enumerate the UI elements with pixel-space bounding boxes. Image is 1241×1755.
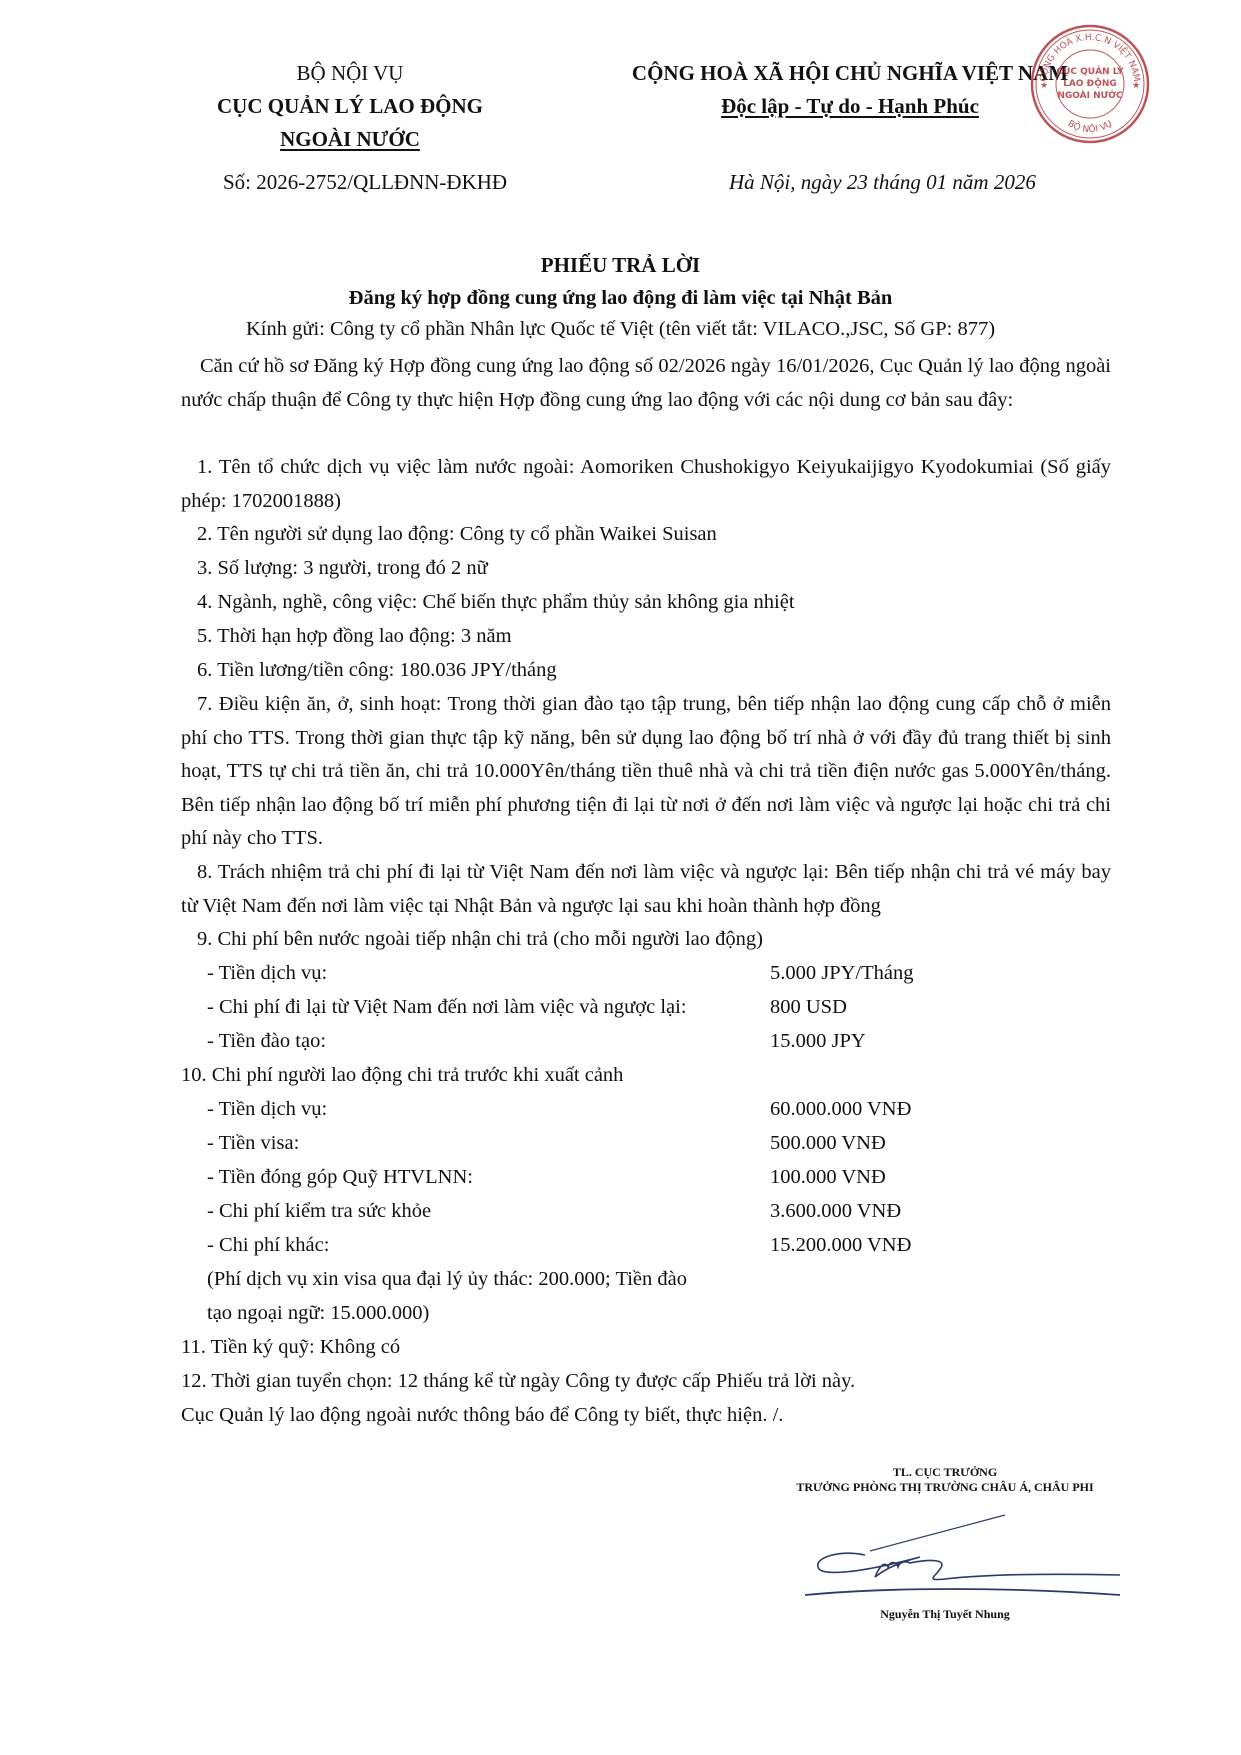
item-10-row-value: 500.000 VNĐ bbox=[770, 1127, 886, 1161]
item-10-row-label: - Chi phí khác: bbox=[207, 1229, 329, 1263]
recipient-line: Kính gửi: Công ty cổ phần Nhân lực Quốc … bbox=[0, 313, 1241, 347]
item-10-title: 10. Chi phí người lao động chi trả trước… bbox=[181, 1059, 623, 1093]
item-10-note-line1: (Phí dịch vụ xin visa qua đại lý ủy thác… bbox=[207, 1263, 687, 1297]
signer-name: Nguyễn Thị Tuyết Nhung bbox=[770, 1607, 1120, 1622]
item-9-row-label: - Tiền dịch vụ: bbox=[207, 957, 327, 991]
item-5-contract-term: 5. Thời hạn hợp đồng lao động: 3 năm bbox=[197, 620, 512, 654]
item-9-row-label: - Tiền đào tạo: bbox=[207, 1025, 326, 1059]
official-stamp: CỘNG HOÀ X.H.C.N VIỆT NAM BỘ NỘI VỤ CỤC … bbox=[1028, 22, 1152, 146]
item-10-note-line2: tạo ngoại ngữ: 15.000.000) bbox=[207, 1297, 429, 1331]
item-7-living-conditions: 7. Điều kiện ăn, ở, sinh hoạt: Trong thờ… bbox=[181, 688, 1111, 856]
country-name: CỘNG HOÀ XÃ HỘI CHỦ NGHĨA VIỆT NAM bbox=[600, 57, 1100, 90]
item-10-row-value: 60.000.000 VNĐ bbox=[770, 1093, 911, 1127]
item-9-row-label: - Chi phí đi lại từ Việt Nam đến nơi làm… bbox=[207, 991, 687, 1025]
document-title: PHIẾU TRẢ LỜI bbox=[0, 250, 1241, 280]
svg-text:LAO ĐỘNG: LAO ĐỘNG bbox=[1063, 78, 1117, 89]
item-10-row-label: - Tiền dịch vụ: bbox=[207, 1093, 327, 1127]
svg-text:★: ★ bbox=[1132, 80, 1140, 90]
department-name-line2: NGOÀI NƯỚC bbox=[190, 123, 510, 156]
item-10-row-label: - Tiền đóng góp Quỹ HTVLNN: bbox=[207, 1161, 473, 1195]
document-subtitle: Đăng ký hợp đồng cung ứng lao động đi là… bbox=[0, 283, 1241, 313]
svg-text:NGOÀI NƯỚC: NGOÀI NƯỚC bbox=[1057, 89, 1123, 101]
item-12-recruitment-period: 12. Thời gian tuyển chọn: 12 tháng kể từ… bbox=[181, 1365, 855, 1399]
svg-text:BỘ NỘI VỤ: BỘ NỘI VỤ bbox=[1066, 119, 1115, 135]
item-9-row-value: 5.000 JPY/Tháng bbox=[770, 957, 914, 991]
item-4-occupation: 4. Ngành, nghề, công việc: Chế biến thực… bbox=[197, 586, 795, 620]
item-9-row-value: 15.000 JPY bbox=[770, 1025, 866, 1059]
signature-position: TRƯỞNG PHÒNG THỊ TRƯỜNG CHÂU Á, CHÂU PHI bbox=[770, 1480, 1120, 1495]
ministry-name: BỘ NỘI VỤ bbox=[190, 57, 510, 90]
department-name-line1: CỤC QUẢN LÝ LAO ĐỘNG bbox=[190, 90, 510, 123]
item-2-employer: 2. Tên người sử dụng lao động: Công ty c… bbox=[197, 518, 717, 552]
item-1-foreign-org: 1. Tên tổ chức dịch vụ việc làm nước ngo… bbox=[181, 451, 1111, 518]
item-10-row-label: - Chi phí kiểm tra sức khỏe bbox=[207, 1195, 431, 1229]
issuer-block: BỘ NỘI VỤ CỤC QUẢN LÝ LAO ĐỘNG NGOÀI NƯỚ… bbox=[190, 57, 510, 156]
svg-text:★: ★ bbox=[1040, 80, 1048, 90]
signature-block: TL. CỤC TRƯỞNG TRƯỞNG PHÒNG THỊ TRƯỜNG C… bbox=[770, 1465, 1120, 1622]
document-number: Số: 2026-2752/QLLĐNN-ĐKHĐ bbox=[223, 166, 507, 199]
item-9-row-value: 800 USD bbox=[770, 991, 847, 1025]
item-10-row-value: 15.200.000 VNĐ bbox=[770, 1229, 911, 1263]
item-6-salary: 6. Tiền lương/tiền công: 180.036 JPY/thá… bbox=[197, 654, 557, 688]
item-10-row-value: 3.600.000 VNĐ bbox=[770, 1195, 901, 1229]
signature-on-behalf: TL. CỤC TRƯỞNG bbox=[770, 1465, 1120, 1480]
item-11-deposit: 11. Tiền ký quỹ: Không có bbox=[181, 1331, 400, 1365]
national-motto: Độc lập - Tự do - Hạnh Phúc bbox=[640, 90, 1060, 123]
handwritten-signature-icon bbox=[770, 1495, 1120, 1605]
place-and-date: Hà Nội, ngày 23 tháng 01 năm 2026 bbox=[729, 166, 1036, 199]
item-9-title: 9. Chi phí bên nước ngoài tiếp nhận chi … bbox=[197, 923, 763, 957]
closing-statement: Cục Quản lý lao động ngoài nước thông bá… bbox=[181, 1399, 783, 1433]
intro-paragraph: Căn cứ hồ sơ Đăng ký Hợp đồng cung ứng l… bbox=[181, 350, 1111, 417]
item-10-row-label: - Tiền visa: bbox=[207, 1127, 299, 1161]
stamp-seal-icon: CỘNG HOÀ X.H.C.N VIỆT NAM BỘ NỘI VỤ CỤC … bbox=[1028, 22, 1152, 146]
svg-text:CỤC QUẢN LÝ: CỤC QUẢN LÝ bbox=[1056, 65, 1124, 77]
item-8-travel-responsibility: 8. Trách nhiệm trả chi phí đi lại từ Việ… bbox=[181, 856, 1111, 923]
item-10-row-value: 100.000 VNĐ bbox=[770, 1161, 886, 1195]
item-3-quantity: 3. Số lượng: 3 người, trong đó 2 nữ bbox=[197, 552, 488, 586]
